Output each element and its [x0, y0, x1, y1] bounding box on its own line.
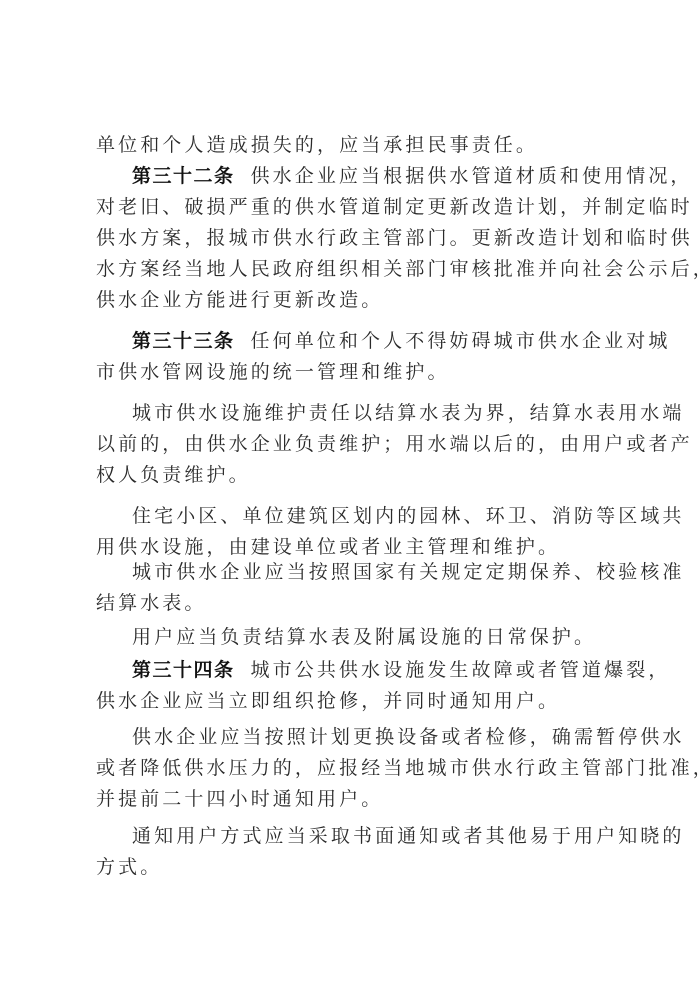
- text-line: 对老旧、破损严重的供水管道制定更新改造计划，并制定临时: [96, 192, 616, 223]
- line-text: 任何单位和个人不得妨碍城市供水企业对城: [251, 330, 671, 352]
- text-line: 供水方案，报城市供水行政主管部门。更新改造计划和临时供: [96, 223, 616, 254]
- text-line: 以前的，由供水企业负责维护；用水端以后的，由用户或者产: [96, 429, 616, 460]
- line-text: 供水企业应当按照计划更换设备或者检修，确需暂停供水: [132, 726, 685, 748]
- paragraph-first-line: 通知用户方式应当采取书面通知或者其他易于用户知晓的: [132, 821, 652, 852]
- line-text: 方式。: [96, 856, 162, 878]
- line-text: 或者降低供水压力的，应报经当地城市供水行政主管部门批准，: [96, 757, 700, 779]
- text-line: 单位和个人造成损失的，应当承担民事责任。: [96, 130, 616, 161]
- line-text: 住宅小区、单位建筑区划内的园林、环卫、消防等区域共: [132, 505, 685, 527]
- line-text: 市供水管网设施的统一管理和维护。: [96, 361, 450, 383]
- paragraph-first-line: 城市供水设施维护责任以结算水表为界，结算水表用水端: [132, 398, 652, 429]
- text-line: 权人负责维护。: [96, 460, 616, 491]
- text-line: 市供水管网设施的统一管理和维护。: [96, 357, 616, 388]
- line-text: 结算水表。: [96, 592, 207, 614]
- paragraph-first-line: 城市供水企业应当按照国家有关规定定期保养、校验核准: [132, 557, 652, 588]
- article-heading: 第三十三条: [132, 330, 235, 352]
- paragraph-first-line: 供水企业应当按照计划更换设备或者检修，确需暂停供水: [132, 722, 652, 753]
- document-page: 单位和个人造成损失的，应当承担民事责任。 第三十二条供水企业应当根据供水管道材质…: [0, 0, 700, 989]
- line-text: 用供水设施，由建设单位或者业主管理和维护。: [96, 536, 560, 558]
- line-text: 供水企业方能进行更新改造。: [96, 289, 383, 311]
- line-text: 对老旧、破损严重的供水管道制定更新改造计划，并制定临时: [96, 196, 693, 218]
- article-33-first-line: 第三十三条任何单位和个人不得妨碍城市供水企业对城: [132, 326, 652, 357]
- article-32-first-line: 第三十二条供水企业应当根据供水管道材质和使用情况，: [132, 161, 652, 192]
- line-text: 供水企业应当根据供水管道材质和使用情况，: [251, 165, 693, 187]
- line-text: 通知用户方式应当采取书面通知或者其他易于用户知晓的: [132, 825, 685, 847]
- text-line: 或者降低供水压力的，应报经当地城市供水行政主管部门批准，: [96, 753, 616, 784]
- text-line: 并提前二十四小时通知用户。: [96, 784, 616, 815]
- article-heading: 第三十二条: [132, 165, 235, 187]
- line-text: 供水方案，报城市供水行政主管部门。更新改造计划和临时供: [96, 227, 693, 249]
- text-line: 结算水表。: [96, 588, 616, 619]
- paragraph-first-line: 用户应当负责结算水表及附属设施的日常保护。: [132, 622, 652, 653]
- article-34-first-line: 第三十四条城市公共供水设施发生故障或者管道爆裂，: [132, 655, 652, 686]
- line-text: 城市供水设施维护责任以结算水表为界，结算水表用水端: [132, 402, 685, 424]
- text-line: 供水企业方能进行更新改造。: [96, 285, 616, 316]
- paragraph-first-line: 住宅小区、单位建筑区划内的园林、环卫、消防等区域共: [132, 501, 652, 532]
- text-line: 水方案经当地人民政府组织相关部门审核批准并向社会公示后，: [96, 254, 616, 285]
- text-line: 方式。: [96, 852, 616, 883]
- line-text: 供水企业应当立即组织抢修，并同时通知用户。: [96, 690, 560, 712]
- line-text: 并提前二十四小时通知用户。: [96, 788, 383, 810]
- line-text: 城市公共供水设施发生故障或者管道爆裂，: [251, 659, 671, 681]
- line-text: 用户应当负责结算水表及附属设施的日常保护。: [132, 626, 596, 648]
- line-text: 水方案经当地人民政府组织相关部门审核批准并向社会公示后，: [96, 258, 700, 280]
- line-text: 权人负责维护。: [96, 464, 251, 486]
- line-text: 城市供水企业应当按照国家有关规定定期保养、校验核准: [132, 561, 685, 583]
- text-line: 供水企业应当立即组织抢修，并同时通知用户。: [96, 686, 616, 717]
- article-heading: 第三十四条: [132, 659, 235, 681]
- line-text: 以前的，由供水企业负责维护；用水端以后的，由用户或者产: [96, 433, 693, 455]
- line-text: 单位和个人造成损失的，应当承担民事责任。: [96, 134, 538, 156]
